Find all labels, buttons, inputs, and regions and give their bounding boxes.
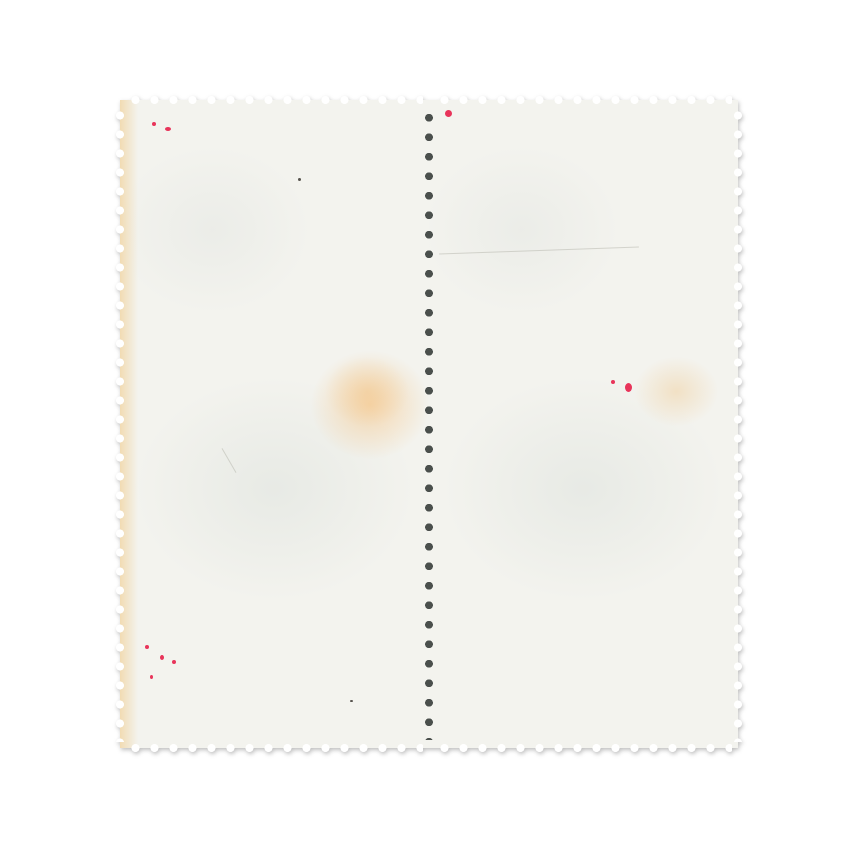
stamp-pair	[120, 100, 738, 748]
perforation-top-edge-right	[435, 95, 732, 105]
hair-mark	[222, 448, 237, 473]
perforation-top-edge-left	[126, 95, 423, 105]
red-speck	[611, 380, 615, 384]
center-perforation-line	[424, 108, 434, 740]
yellow-stain	[310, 350, 430, 460]
paper-crease	[439, 247, 639, 255]
red-speck	[150, 675, 153, 679]
red-speck	[165, 127, 171, 131]
dark-speck	[298, 178, 301, 181]
stamp-left-back	[120, 100, 429, 748]
red-speck	[625, 383, 632, 392]
red-speck	[152, 122, 156, 126]
perforation-left-edge	[115, 106, 125, 742]
red-speck	[145, 645, 149, 649]
red-speck	[160, 655, 164, 660]
perforation-bottom-edge-left	[126, 743, 423, 753]
perforation-bottom-edge-right	[435, 743, 732, 753]
perforation-right-edge	[733, 106, 743, 742]
dark-speck	[350, 700, 353, 702]
stamp-right-back	[429, 100, 738, 748]
red-speck	[445, 110, 452, 117]
red-speck	[172, 660, 176, 664]
